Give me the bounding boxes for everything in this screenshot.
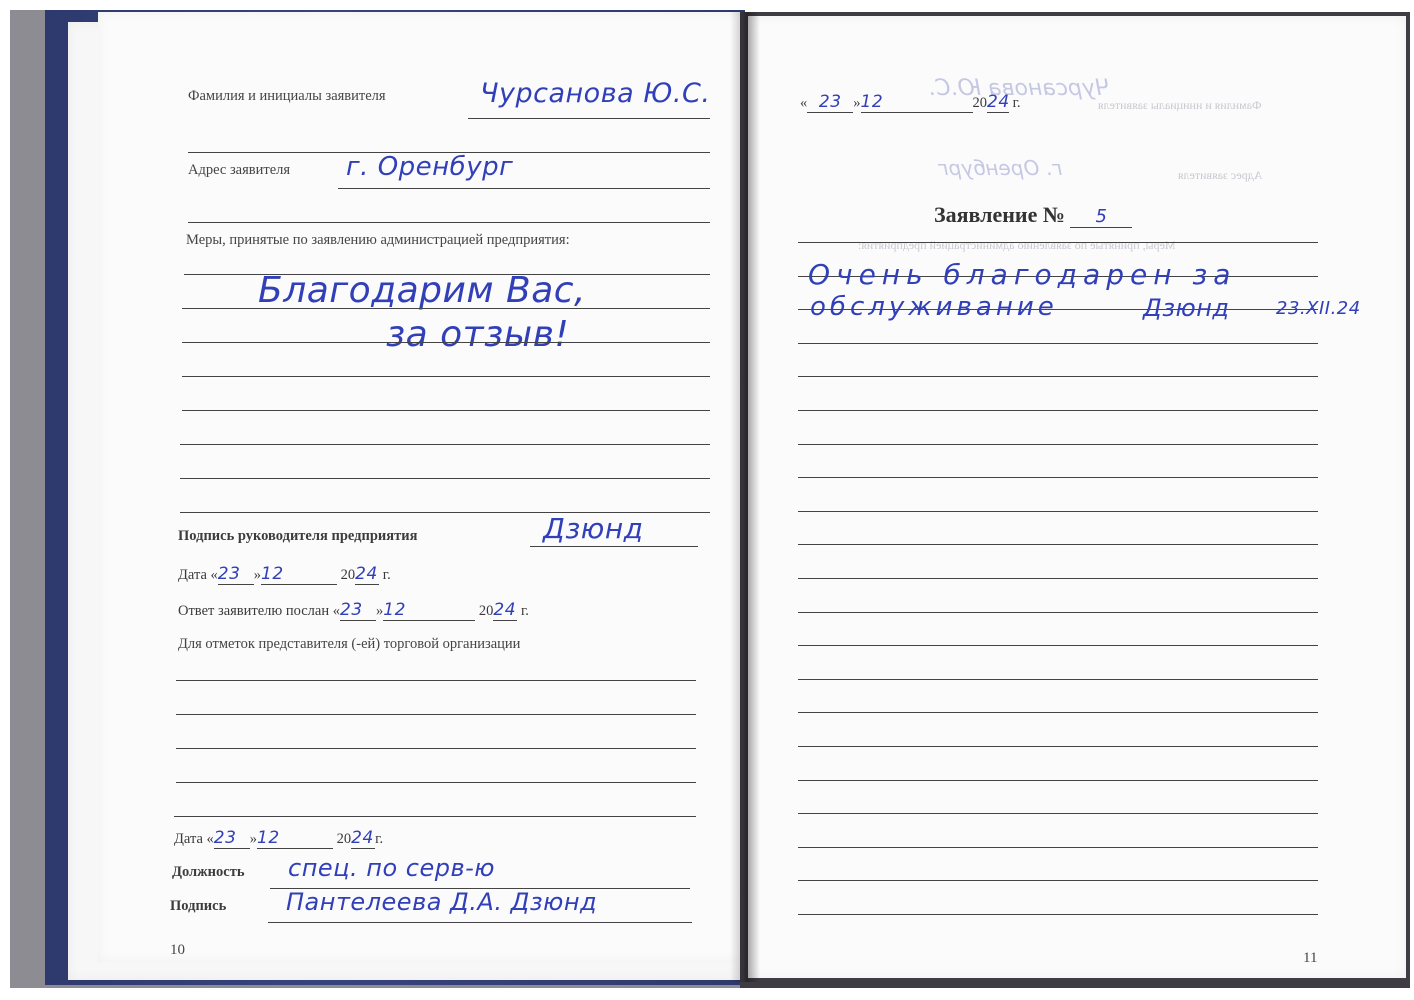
rep-marks-line [176, 782, 696, 783]
header-date-year: 24 [987, 92, 1009, 113]
date-day: 23 [218, 564, 254, 585]
application-number: 5 [1070, 206, 1132, 228]
bleed-through-name-label: Фамилия и инициалы заявителя [1098, 98, 1262, 113]
reply-year: 24 [493, 600, 517, 621]
header-date-year-prefix: 20 [973, 95, 988, 111]
position-value: спец. по серв-ю [288, 854, 495, 882]
ruled-line [798, 746, 1318, 747]
applicant-name-line [468, 118, 710, 119]
applicant-address-value: г. Оренбург [346, 152, 513, 182]
ruled-line [798, 847, 1318, 848]
rep-marks-line [176, 714, 696, 715]
page-number-left: 10 [170, 942, 185, 959]
position-label: Должность [172, 864, 245, 881]
reply-month: 12 [383, 600, 475, 621]
bleed-through-measures-label: Меры, принятые по заявлению администраци… [858, 238, 1175, 253]
rep-date-month: 12 [257, 828, 333, 849]
ruled-line [798, 578, 1318, 579]
reply-year-prefix: 20 [479, 603, 494, 619]
left-page: Фамилия и инициалы заявителя Чурсанова Ю… [98, 12, 740, 962]
reply-label: Ответ заявителю послан « [178, 603, 340, 619]
manager-signature-value: Дзюнд [543, 512, 644, 545]
application-title-text: Заявление № [934, 202, 1065, 227]
bleed-through-address-value: г. Оренбург [938, 156, 1062, 180]
measures-line [180, 478, 710, 479]
applicant-name-value: Чурсанова Ю.С. [480, 78, 710, 109]
rep-date: Дата «23»12 2024г. [174, 828, 383, 849]
ruled-line [798, 813, 1318, 814]
rep-date-label: Дата « [174, 831, 214, 847]
measures-label: Меры, принятые по заявлению администраци… [186, 232, 570, 249]
rep-date-year-unit: г. [375, 831, 383, 847]
reply-date: Ответ заявителю послан «23»12 2024 г. [178, 600, 529, 621]
signature-label: Подпись [170, 898, 226, 915]
reply-day: 23 [340, 600, 376, 621]
decision-date: Дата «23»12 2024 г. [178, 564, 391, 585]
ruled-line [798, 242, 1318, 243]
ruled-line [798, 645, 1318, 646]
application-body-date: 23.XII.24 [1276, 298, 1361, 319]
date-year-prefix: 20 [341, 567, 356, 583]
measures-line [182, 410, 710, 411]
date-year-unit: г. [383, 567, 391, 583]
rep-marks-line [176, 680, 696, 681]
rep-date-year-prefix: 20 [337, 831, 352, 847]
ruled-line [798, 544, 1318, 545]
header-date-open: « [800, 95, 807, 111]
reply-sep: » [376, 603, 383, 619]
measures-line [180, 444, 710, 445]
header-date: «23»122024 г. [800, 92, 1021, 113]
measures-line [182, 308, 710, 309]
measures-line [182, 342, 710, 343]
ruled-line [798, 410, 1318, 411]
application-body-line2: обслуживание [810, 292, 1058, 322]
rep-marks-line [176, 748, 696, 749]
signature-line [268, 922, 692, 923]
application-body-signature: Дзюнд [1143, 294, 1230, 322]
header-date-month: 12 [861, 92, 973, 113]
ruled-line [798, 343, 1318, 344]
ruled-line [798, 376, 1318, 377]
measures-value-line2: за отзыв! [386, 314, 569, 355]
date-sep: » [254, 567, 261, 583]
manager-signature-label: Подпись руководителя предприятия [178, 528, 417, 545]
page-number-right: 11 [1303, 950, 1317, 967]
rep-marks-line [174, 816, 696, 817]
application-body-line1: Очень благодарен за [808, 258, 1236, 291]
book-spine [730, 12, 760, 982]
date-month: 12 [261, 564, 337, 585]
rep-marks-label: Для отметок представителя (-ей) торговой… [178, 636, 520, 653]
rep-date-day: 23 [214, 828, 250, 849]
header-date-day: 23 [807, 92, 853, 113]
application-title: Заявление № 5 [934, 202, 1132, 228]
ruled-line [798, 679, 1318, 680]
measures-value-line1: Благодарим Вас, [258, 270, 586, 311]
ruled-line [798, 612, 1318, 613]
ruled-line [798, 444, 1318, 445]
rep-date-sep: » [250, 831, 257, 847]
measures-line [182, 376, 710, 377]
applicant-name-label: Фамилия и инициалы заявителя [188, 88, 386, 105]
blank-line [188, 222, 710, 223]
reply-year-unit: г. [521, 603, 529, 619]
applicant-address-label: Адрес заявителя [188, 162, 290, 179]
ruled-line [798, 511, 1318, 512]
ruled-line [798, 880, 1318, 881]
date-year: 24 [355, 564, 379, 585]
header-date-sep: » [853, 95, 860, 111]
signature-value: Пантелеева Д.А. Дзюнд [286, 888, 597, 916]
right-page: Фамилия и инициалы заявителя Адрес заяви… [748, 16, 1406, 978]
manager-signature-line [530, 546, 698, 547]
ruled-line [798, 477, 1318, 478]
bleed-through-address-label: Адрес заявителя [1178, 168, 1262, 183]
ruled-line [798, 780, 1318, 781]
header-date-unit: г. [1013, 95, 1021, 111]
applicant-address-line [338, 188, 710, 189]
rep-date-year: 24 [351, 828, 375, 849]
date-label: Дата « [178, 567, 218, 583]
ruled-line [798, 914, 1318, 915]
ruled-line [798, 712, 1318, 713]
